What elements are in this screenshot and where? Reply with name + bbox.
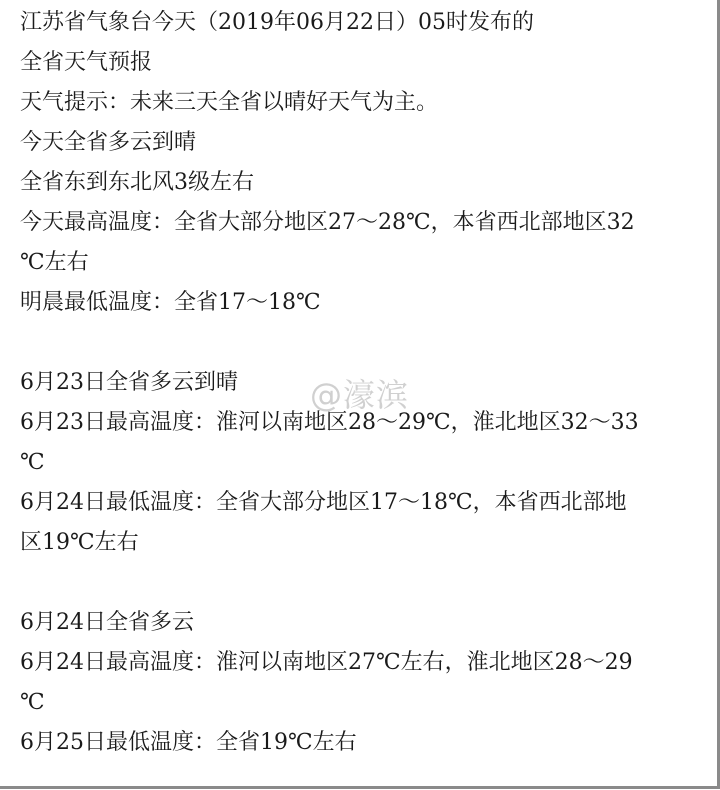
blank-line (20, 563, 710, 603)
forecast-line-today-sky: 今天全省多云到晴 (20, 123, 710, 163)
forecast-line-0624-high-cont: ℃ (20, 683, 710, 723)
forecast-line-0624-low-cont: 区19℃左右 (20, 523, 710, 563)
forecast-line-tip: 天气提示：未来三天全省以晴好天气为主。 (20, 83, 710, 123)
forecast-line-0624-high: 6月24日最高温度：淮河以南地区27℃左右，淮北地区28～29 (20, 643, 710, 683)
forecast-line-today-high: 今天最高温度：全省大部分地区27～28℃，本省西北部地区32 (20, 203, 710, 243)
forecast-line-0623-sky: 6月23日全省多云到晴 (20, 363, 710, 403)
forecast-line-header: 江苏省气象台今天（2019年06月22日）05时发布的 (20, 3, 710, 43)
blank-line (20, 323, 710, 363)
forecast-line-0623-high-cont: ℃ (20, 443, 710, 483)
forecast-line-title: 全省天气预报 (20, 43, 710, 83)
forecast-line-today-wind: 全省东到东北风3级左右 (20, 163, 710, 203)
forecast-line-0625-low: 6月25日最低温度：全省19℃左右 (20, 723, 710, 763)
forecast-text-block: 江苏省气象台今天（2019年06月22日）05时发布的 全省天气预报 天气提示：… (20, 3, 710, 763)
forecast-line-tomorrow-low: 明晨最低温度：全省17～18℃ (20, 283, 710, 323)
forecast-line-today-high-cont: ℃左右 (20, 243, 710, 283)
document-frame: 江苏省气象台今天（2019年06月22日）05时发布的 全省天气预报 天气提示：… (0, 0, 720, 789)
forecast-line-0624-sky: 6月24日全省多云 (20, 603, 710, 643)
forecast-line-0623-high: 6月23日最高温度：淮河以南地区28～29℃，淮北地区32～33 (20, 403, 710, 443)
forecast-line-0624-low: 6月24日最低温度：全省大部分地区17～18℃，本省西北部地 (20, 483, 710, 523)
